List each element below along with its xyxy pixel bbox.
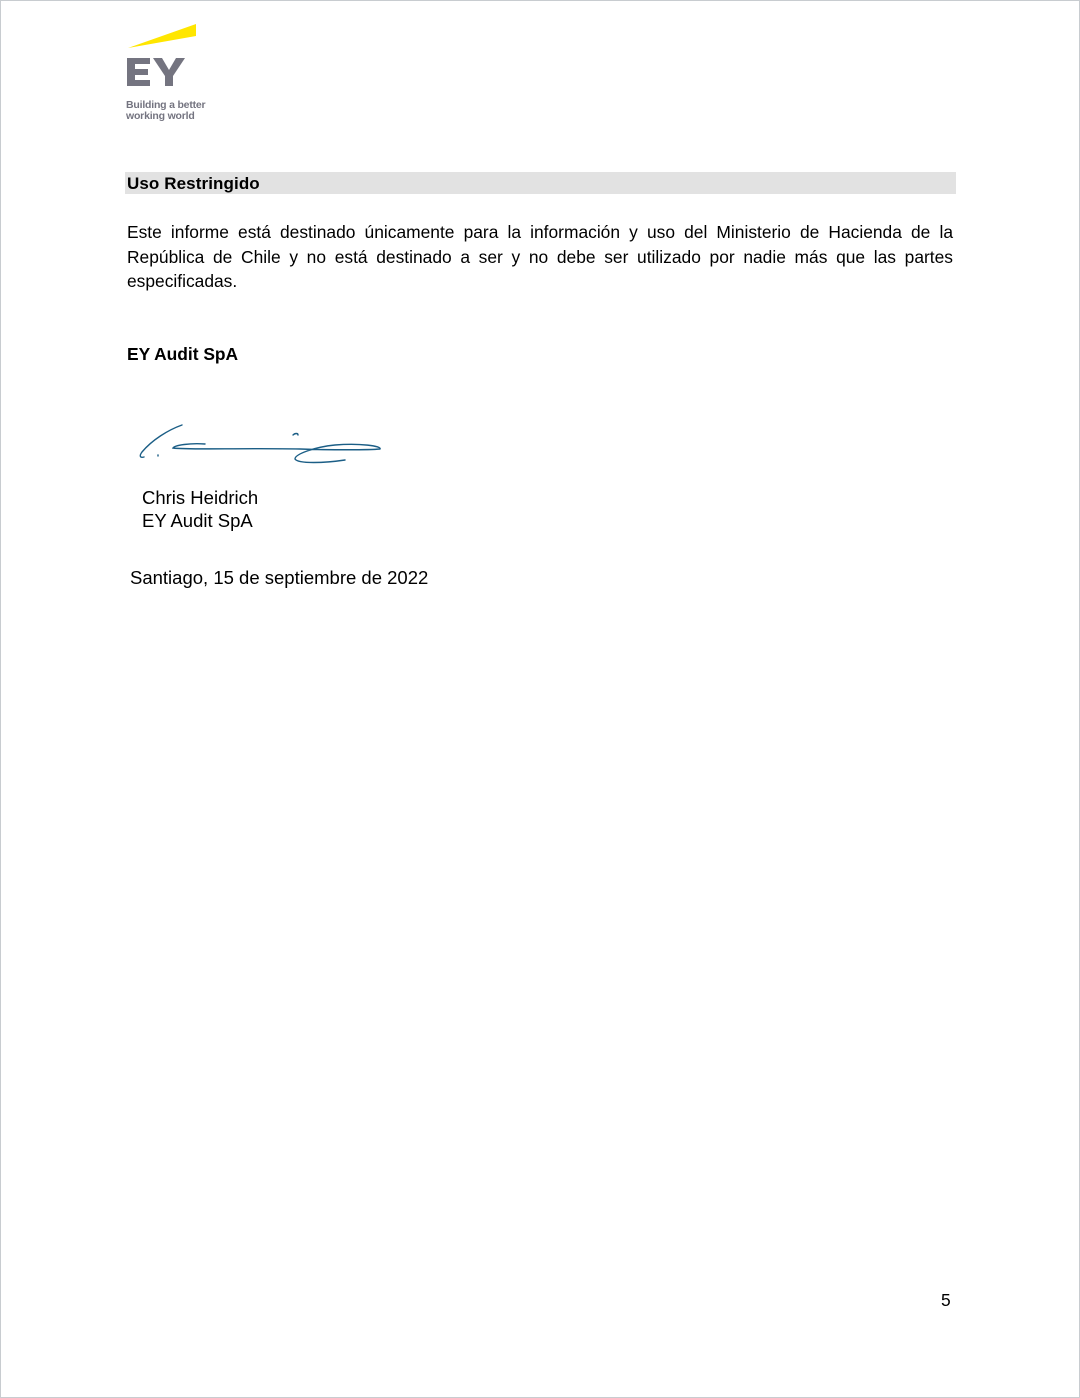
page-frame [0,0,1080,1398]
restricted-use-paragraph: Este informe está destinado únicamente p… [127,220,953,294]
firm-name: EY Audit SpA [127,343,238,365]
signer-firm: EY Audit SpA [142,509,258,532]
logo-tagline: Building a better working world [126,100,205,122]
place-date: Santiago, 15 de septiembre de 2022 [130,566,428,589]
section-header: Uso Restringido [125,172,956,194]
signer-name: Chris Heidrich [142,486,258,509]
ey-logo: Building a better working world [124,22,224,126]
page-number: 5 [941,1289,951,1311]
signature [130,410,390,470]
tagline-line-2: working world [126,111,205,122]
signature-icon [130,410,390,470]
section-title: Uso Restringido [127,174,260,194]
ey-logo-icon [124,22,224,94]
signer-block: Chris Heidrich EY Audit SpA [142,486,258,532]
